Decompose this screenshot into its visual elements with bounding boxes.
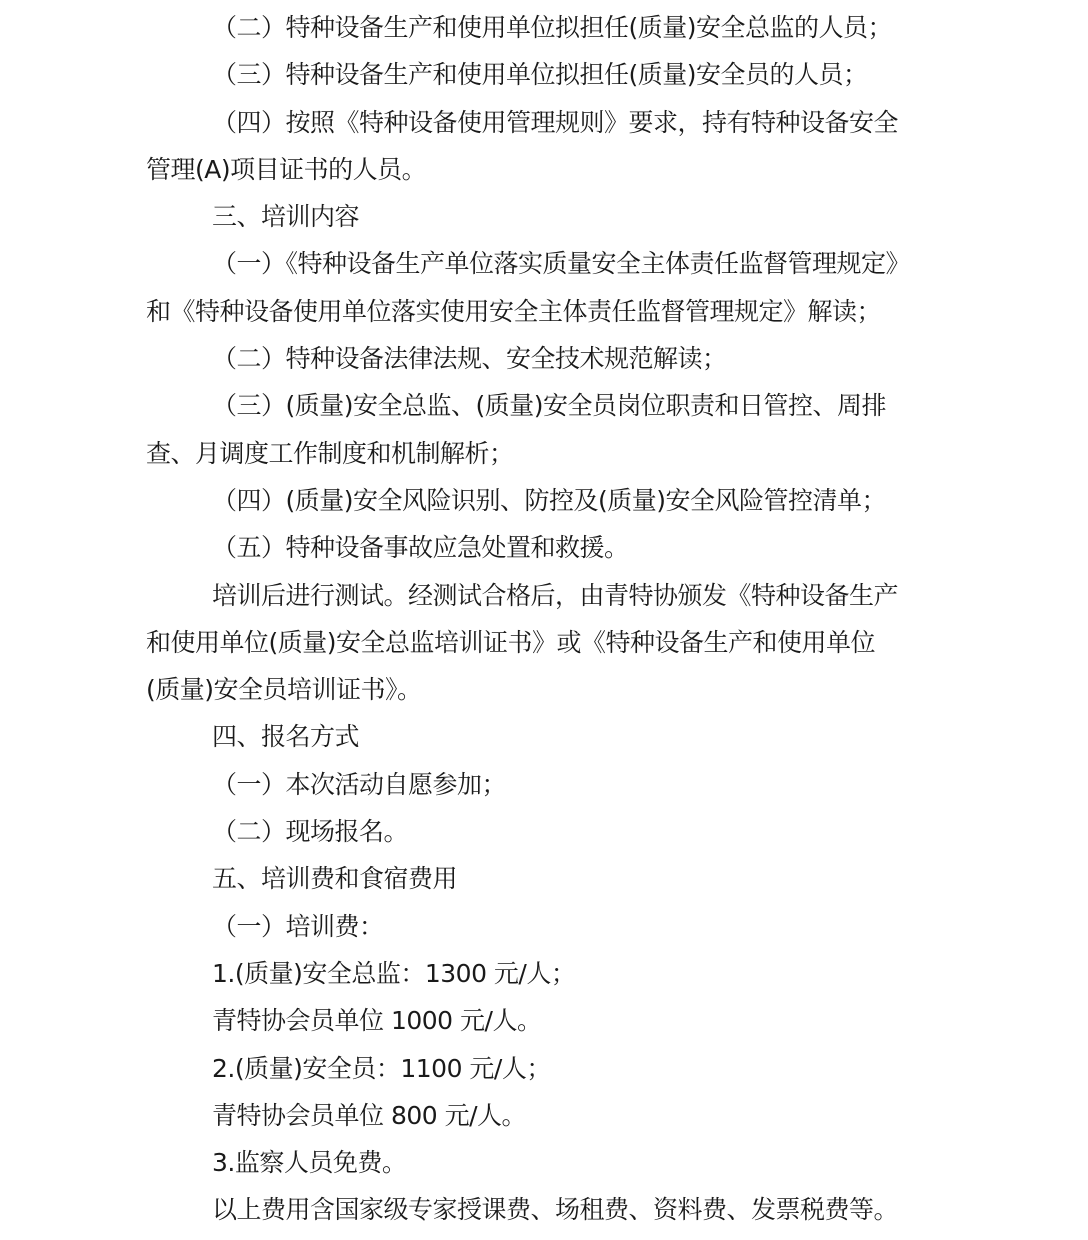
content-item-3-cont: 查、月调度工作制度和机制解析；	[146, 430, 936, 477]
document-body: （二）特种设备生产和使用单位拟担任(质量)安全总监的人员； （三）特种设备生产和…	[146, 4, 936, 1234]
eligibility-item-4-cont: 管理(A)项目证书的人员。	[146, 146, 936, 193]
content-item-3: （三）(质量)安全总监、(质量)安全员岗位职责和日管控、周排	[146, 382, 936, 429]
content-item-2: （二）特种设备法律法规、安全技术规范解读；	[146, 335, 936, 382]
content-item-5: （五）特种设备事故应急处置和救援。	[146, 524, 936, 571]
content-item-1-cont: 和《特种设备使用单位落实使用安全主体责任监督管理规定》解读；	[146, 288, 936, 335]
fee-item-safety-officer-member: 青特协会员单位 800 元/人。	[146, 1092, 936, 1139]
content-item-1: （一）《特种设备生产单位落实质量安全主体责任监督管理规定》	[146, 240, 936, 287]
registration-item-2: （二）现场报名。	[146, 808, 936, 855]
certification-paragraph-cont-2: (质量)安全员培训证书》。	[146, 666, 936, 713]
fees-subheading-training: （一）培训费：	[146, 903, 936, 950]
eligibility-item-3: （三）特种设备生产和使用单位拟担任(质量)安全员的人员；	[146, 51, 936, 98]
section-heading-fees: 五、培训费和食宿费用	[146, 855, 936, 902]
section-heading-training-content: 三、培训内容	[146, 193, 936, 240]
registration-item-1: （一）本次活动自愿参加；	[146, 761, 936, 808]
fee-item-safety-director-member: 青特协会员单位 1000 元/人。	[146, 997, 936, 1044]
certification-paragraph-cont-1: 和使用单位(质量)安全总监培训证书》或《特种设备生产和使用单位	[146, 619, 936, 666]
fee-item-safety-officer: 2.(质量)安全员：1100 元/人；	[146, 1045, 936, 1092]
fee-item-inspectors: 3.监察人员免费。	[146, 1139, 936, 1186]
eligibility-item-4: （四）按照《特种设备使用管理规则》要求，持有特种设备安全	[146, 99, 936, 146]
section-heading-registration: 四、报名方式	[146, 713, 936, 760]
content-item-4: （四）(质量)安全风险识别、防控及(质量)安全风险管控清单；	[146, 477, 936, 524]
fee-item-safety-director: 1.(质量)安全总监：1300 元/人；	[146, 950, 936, 997]
eligibility-item-2: （二）特种设备生产和使用单位拟担任(质量)安全总监的人员；	[146, 4, 936, 51]
fee-note: 以上费用含国家级专家授课费、场租费、资料费、发票税费等。	[146, 1186, 936, 1233]
certification-paragraph: 培训后进行测试。经测试合格后，由青特协颁发《特种设备生产	[146, 572, 936, 619]
